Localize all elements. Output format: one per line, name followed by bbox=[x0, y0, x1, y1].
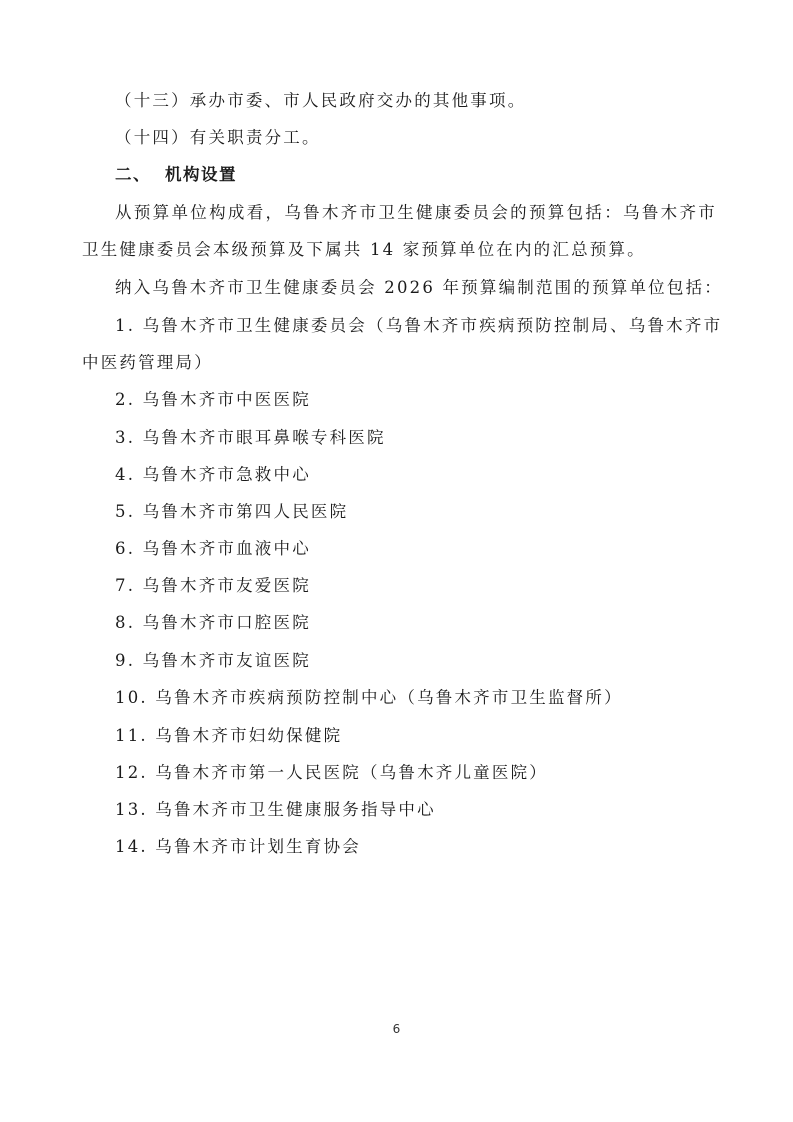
unit-item-5: 5. 乌鲁木齐市第四人民医院 bbox=[115, 493, 755, 530]
unit-item-9: 9. 乌鲁木齐市友谊医院 bbox=[115, 642, 755, 679]
unit-item-6: 6. 乌鲁木齐市血液中心 bbox=[115, 530, 755, 567]
unit-item-10: 10. 乌鲁木齐市疾病预防控制中心（乌鲁木齐市卫生监督所） bbox=[115, 679, 755, 716]
section-heading: 二、机构设置 bbox=[115, 156, 755, 193]
unit-item-1-line-1: 1. 乌鲁木齐市卫生健康委员会（乌鲁木齐市疾病预防控制局、乌鲁木齐市 bbox=[115, 307, 717, 344]
intro-paragraph-line-2: 卫生健康委员会本级预算及下属共 14 家预算单位在内的汇总预算。 bbox=[82, 231, 722, 268]
page-number: 6 bbox=[0, 1022, 793, 1036]
unit-item-1-line-2: 中医药管理局） bbox=[82, 344, 722, 381]
unit-item-11: 11. 乌鲁木齐市妇幼保健院 bbox=[115, 717, 755, 754]
unit-item-2: 2. 乌鲁木齐市中医医院 bbox=[115, 381, 755, 418]
unit-item-13: 13. 乌鲁木齐市卫生健康服务指导中心 bbox=[115, 791, 755, 828]
unit-item-3: 3. 乌鲁木齐市眼耳鼻喉专科医院 bbox=[115, 419, 755, 456]
duty-item-14: （十四）有关职责分工。 bbox=[115, 119, 755, 156]
section-title: 机构设置 bbox=[165, 165, 237, 184]
section-number: 二、 bbox=[115, 165, 151, 184]
scope-paragraph: 纳入乌鲁木齐市卫生健康委员会 2026 年预算编制范围的预算单位包括： bbox=[115, 269, 755, 306]
intro-paragraph-line-1: 从预算单位构成看，乌鲁木齐市卫生健康委员会的预算包括：乌鲁木齐市 bbox=[115, 194, 717, 231]
duty-item-13: （十三）承办市委、市人民政府交办的其他事项。 bbox=[115, 82, 755, 119]
unit-item-4: 4. 乌鲁木齐市急救中心 bbox=[115, 456, 755, 493]
document-page: （十三）承办市委、市人民政府交办的其他事项。 （十四）有关职责分工。 二、机构设… bbox=[0, 0, 793, 1122]
unit-item-14: 14. 乌鲁木齐市计划生育协会 bbox=[115, 828, 755, 865]
unit-item-8: 8. 乌鲁木齐市口腔医院 bbox=[115, 604, 755, 641]
unit-item-7: 7. 乌鲁木齐市友爱医院 bbox=[115, 567, 755, 604]
unit-item-12: 12. 乌鲁木齐市第一人民医院（乌鲁木齐儿童医院） bbox=[115, 754, 755, 791]
